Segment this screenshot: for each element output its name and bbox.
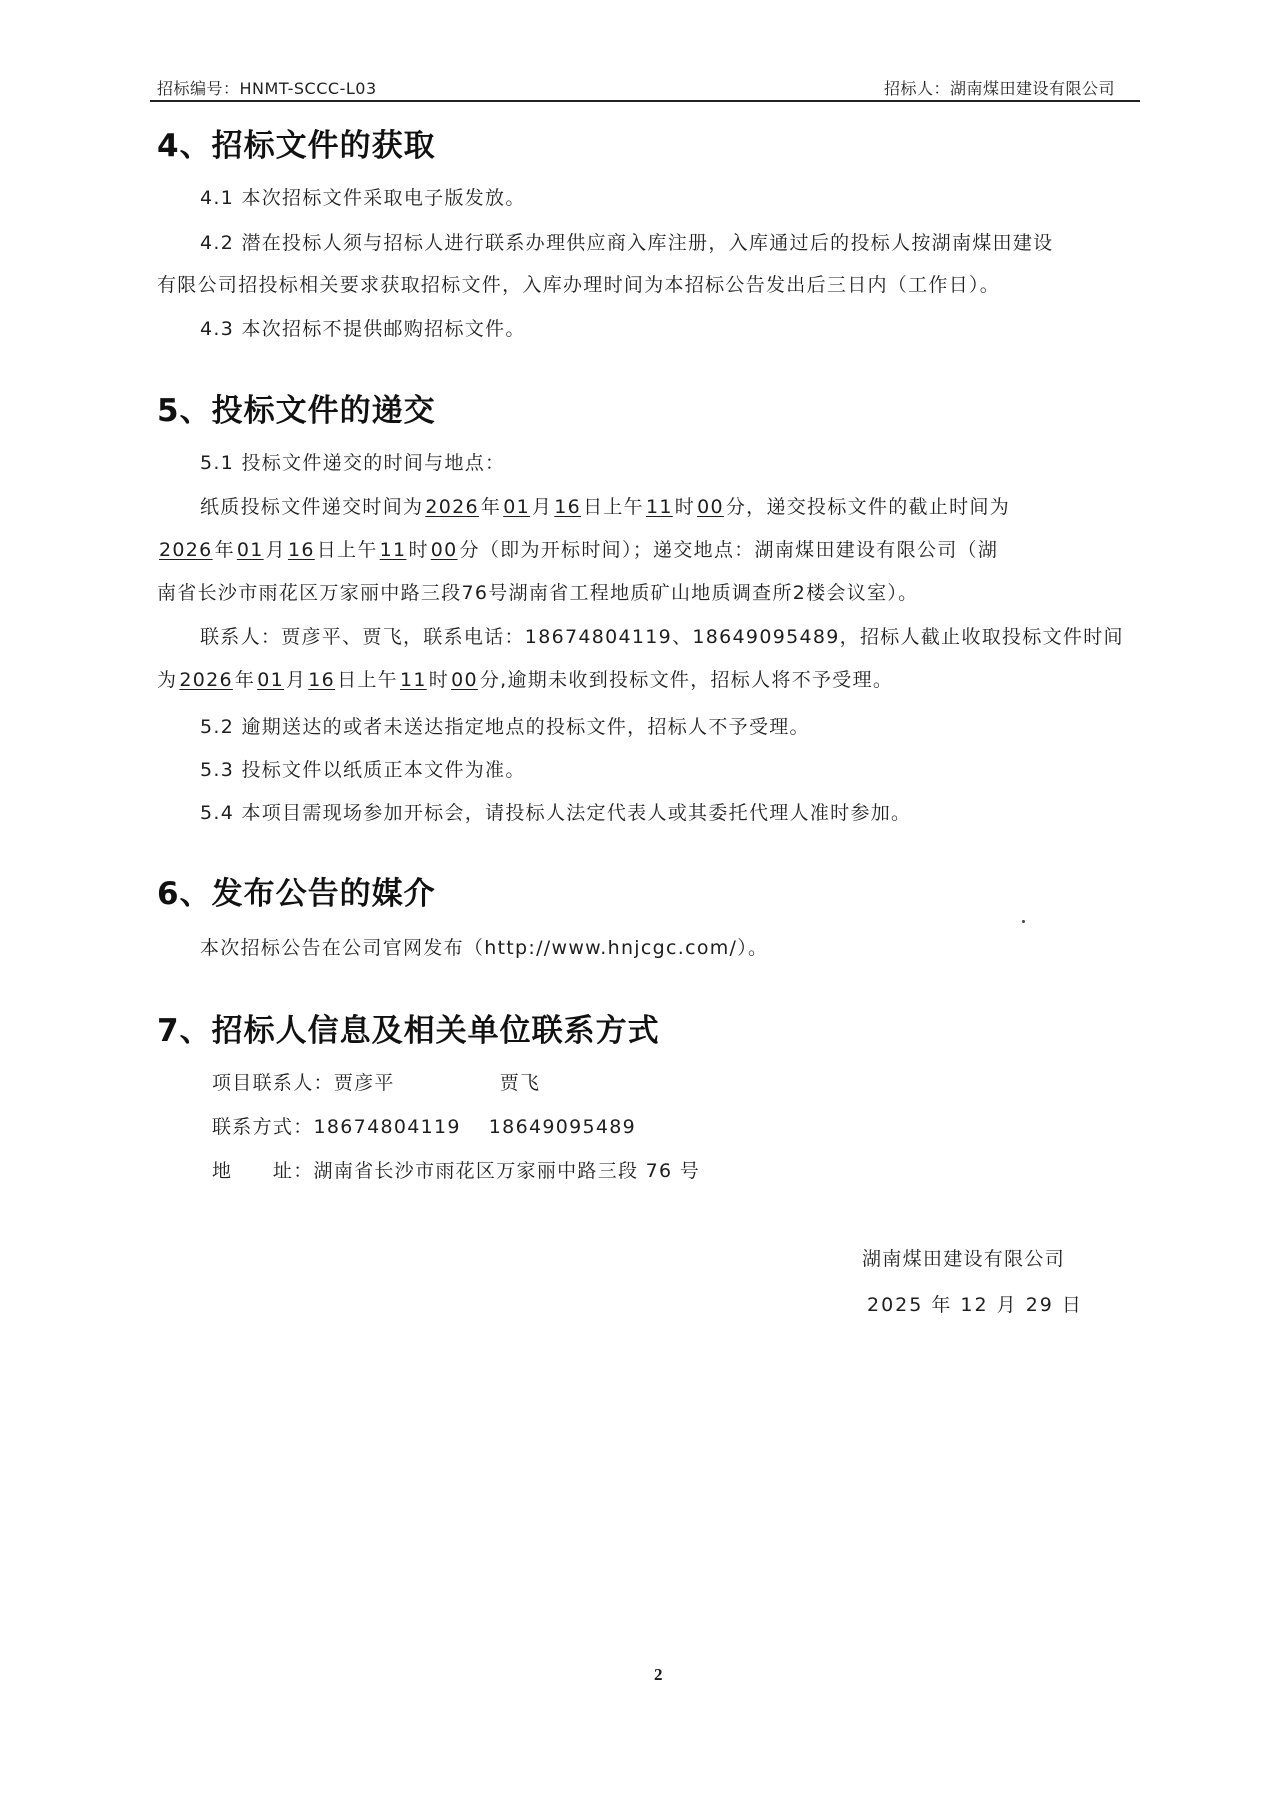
contact-line-1: 联系人：贾彦平、贾飞，联系电话：18674804119、18649095489，… <box>200 622 1124 649</box>
deadline-year: 2026 <box>157 539 215 561</box>
deadline-line: 2026年01月16日上午11时00分（即为开标时间）；递交地点：湖南煤田建设有… <box>157 535 998 562</box>
cutoff-day: 16 <box>306 669 337 691</box>
tender-number-value: HNMT-SCCC-L03 <box>240 79 377 98</box>
cutoff-year: 2026 <box>177 669 235 691</box>
clause-5-1: 5.1 投标文件递交的时间与地点： <box>200 448 505 475</box>
submission-lead: 纸质投标文件递交时间为 <box>200 496 423 518</box>
deadline-hour: 11 <box>378 539 409 561</box>
submission-year: 2026 <box>423 496 481 518</box>
unit-year: 年 <box>215 539 235 561</box>
unit-month: 月 <box>532 496 552 518</box>
page-number: 2 <box>654 1665 663 1685</box>
clause-5-2: 5.2 逾期送达的或者未送达指定地点的投标文件，招标人不予受理。 <box>200 712 810 739</box>
unit-day: 日上午 <box>337 669 398 691</box>
address-label: 地 址： <box>212 1160 314 1182</box>
contact-name-2: 贾飞 <box>500 1072 541 1094</box>
clause-5-3: 5.3 投标文件以纸质正本文件为准。 <box>200 755 526 782</box>
cutoff-minute: 00 <box>449 669 480 691</box>
contact-tail: ,逾期未收到投标文件，招标人将不予受理。 <box>500 669 893 691</box>
phone-1: 18674804119 <box>314 1116 461 1138</box>
signature-company: 湖南煤田建设有限公司 <box>862 1244 1065 1271</box>
submission-month: 01 <box>501 496 532 518</box>
tender-number-label: 招标编号： <box>157 79 240 98</box>
deadline-month: 01 <box>235 539 266 561</box>
tenderer: 招标人：湖南煤田建设有限公司 <box>884 76 1115 99</box>
submission-location-line: 南省长沙市雨花区万家丽中路三段76号湖南省工程地质矿山地质调查所2楼会议室）。 <box>157 578 918 605</box>
tender-number: 招标编号：HNMT-SCCC-L03 <box>157 76 377 99</box>
unit-minute: 分 <box>726 496 746 518</box>
deadline-tail: （即为开标时间）；递交地点：湖南煤田建设有限公司（湖 <box>480 539 998 561</box>
phones-label: 联系方式： <box>212 1116 314 1138</box>
tenderer-label: 招标人： <box>884 79 950 98</box>
unit-month: 月 <box>286 669 306 691</box>
address-value: 湖南省长沙市雨花区万家丽中路三段 76 号 <box>314 1160 701 1182</box>
unit-minute: 分 <box>460 539 480 561</box>
unit-hour: 时 <box>429 669 449 691</box>
submission-time-line: 纸质投标文件递交时间为2026年01月16日上午11时00分，递交投标文件的截止… <box>200 492 1010 519</box>
deadline-minute: 00 <box>429 539 460 561</box>
submission-hour: 11 <box>644 496 675 518</box>
stray-mark <box>1022 920 1025 923</box>
cutoff-hour: 11 <box>398 669 429 691</box>
contact-phones: 联系方式：1867480411918649095489 <box>212 1112 636 1139</box>
deadline-day: 16 <box>286 539 317 561</box>
project-contacts: 项目联系人：贾彦平贾飞 <box>212 1068 540 1095</box>
unit-day: 日上午 <box>583 496 644 518</box>
clause-4-2-line2: 有限公司招投标相关要求获取招标文件，入库办理时间为本招标公告发出后三日内（工作日… <box>157 270 1000 297</box>
tenderer-value: 湖南煤田建设有限公司 <box>950 79 1115 98</box>
unit-minute: 分 <box>480 669 500 691</box>
submission-day: 16 <box>552 496 583 518</box>
signature-date: 2025 年 12 月 29 日 <box>867 1290 1083 1317</box>
contact-line-2: 为2026年01月16日上午11时00分,逾期未收到投标文件，招标人将不予受理。 <box>157 665 893 692</box>
submission-minute: 00 <box>695 496 726 518</box>
contact-lead: 为 <box>157 669 177 691</box>
section-6-title: 6、发布公告的媒介 <box>157 868 436 913</box>
unit-year: 年 <box>481 496 501 518</box>
contacts-label: 项目联系人： <box>212 1072 334 1094</box>
section-5-title: 5、投标文件的递交 <box>157 385 436 430</box>
clause-4-3: 4.3 本次招标不提供邮购招标文件。 <box>200 314 526 341</box>
section-7-title: 7、招标人信息及相关单位联系方式 <box>157 1005 660 1050</box>
contact-address: 地 址：湖南省长沙市雨花区万家丽中路三段 76 号 <box>212 1156 700 1183</box>
section-4-title: 4、招标文件的获取 <box>157 120 436 165</box>
clause-5-4: 5.4 本项目需现场参加开标会，请投标人法定代表人或其委托代理人准时参加。 <box>200 798 911 825</box>
unit-year: 年 <box>235 669 255 691</box>
publication-media: 本次招标公告在公司官网发布（http://www.hnjcgc.com/）。 <box>200 933 768 960</box>
phone-2: 18649095489 <box>489 1116 636 1138</box>
unit-day: 日上午 <box>317 539 378 561</box>
unit-month: 月 <box>266 539 286 561</box>
clause-4-2-line1: 4.2 潜在投标人须与招标人进行联系办理供应商入库注册，入库通过后的投标人按湖南… <box>200 228 1053 255</box>
cutoff-month: 01 <box>255 669 286 691</box>
contact-name-1: 贾彦平 <box>334 1072 395 1094</box>
unit-hour: 时 <box>675 496 695 518</box>
document-page: 招标编号：HNMT-SCCC-L03 招标人：湖南煤田建设有限公司 4、招标文件… <box>0 0 1279 1811</box>
clause-4-1: 4.1 本次招标文件采取电子版发放。 <box>200 183 526 210</box>
submission-mid: ，递交投标文件的截止时间为 <box>746 496 1010 518</box>
header-divider <box>150 100 1140 102</box>
unit-hour: 时 <box>408 539 428 561</box>
